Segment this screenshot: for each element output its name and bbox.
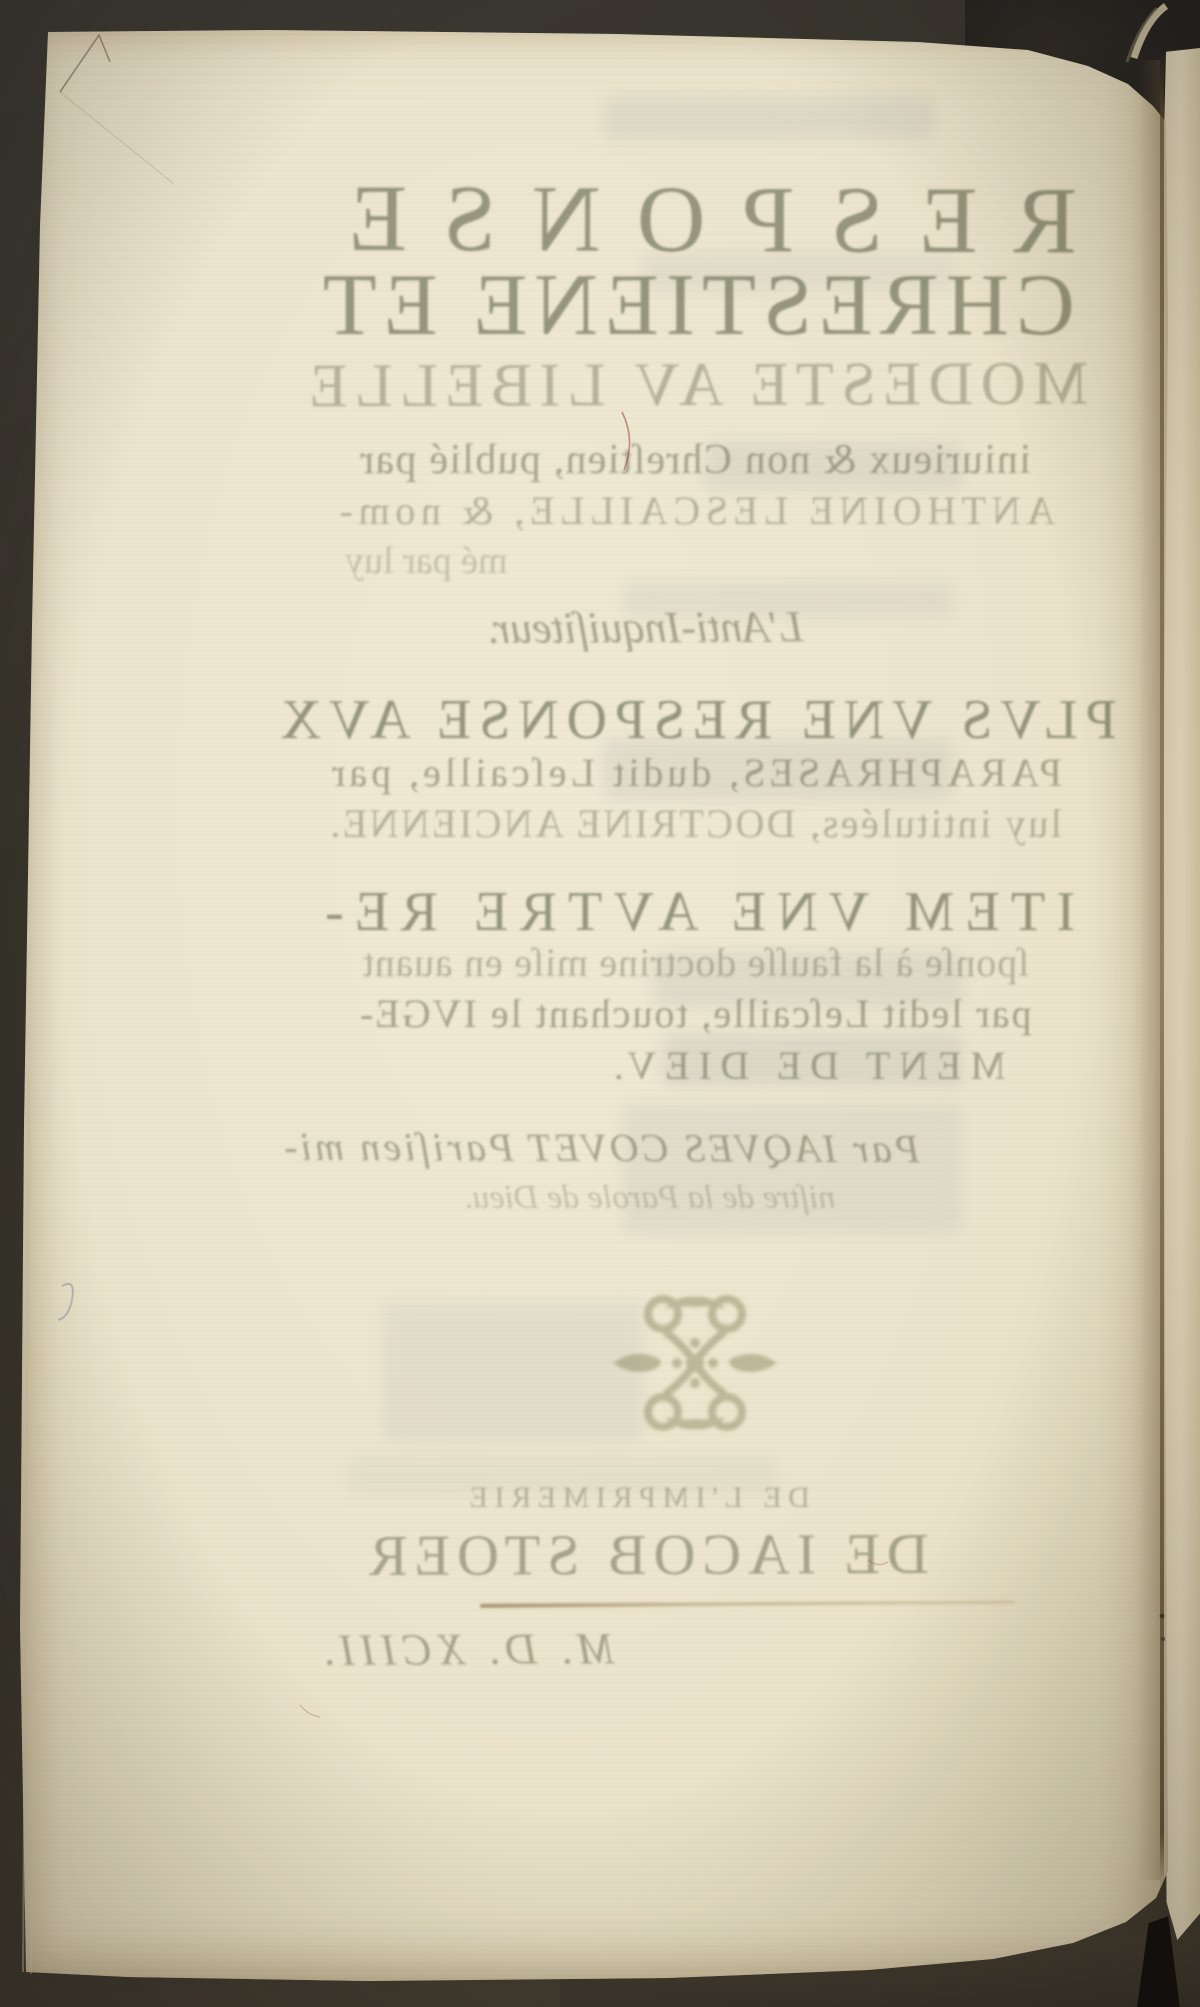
book-page: RESPONSE CHRESTIENE ET MODESTE AV LIBELL… bbox=[18, 26, 1170, 1982]
book-photograph: RESPONSE CHRESTIENE ET MODESTE AV LIBELL… bbox=[0, 0, 1200, 2007]
title-line: CHRESTIENE ET bbox=[185, 258, 1200, 353]
showthrough-smudge bbox=[383, 1302, 643, 1442]
title-line: ANTHOINE LESCAILLE, & nom- bbox=[185, 489, 1200, 532]
title-line: ITEM VNE AVTRE RE- bbox=[185, 882, 1200, 942]
printer-fleuron-ornament bbox=[607, 1285, 783, 1441]
title-line: MODESTE AV LIBELLE bbox=[185, 350, 1200, 421]
crease-rule-line bbox=[480, 1600, 1015, 1608]
imprint-date-line: M. D. XCIII. bbox=[0, 1623, 976, 1676]
showthrough-smudge bbox=[603, 96, 933, 140]
title-line: PLVS VNE RESPONSE AVX bbox=[185, 690, 1200, 750]
showthrough-smudge bbox=[623, 582, 953, 618]
title-line: ſponſe à la fauſſe doctrine miſe en auan… bbox=[185, 941, 1200, 984]
showthrough-smudge bbox=[348, 1456, 778, 1496]
showthrough-smudge bbox=[623, 1104, 963, 1234]
showthrough-smudge bbox=[643, 252, 953, 292]
title-line: par ledit Leſcaille, touchant le IVGE- bbox=[185, 992, 1200, 1035]
title-line: Par IAQVES COVET Pariſien mi- bbox=[90, 1124, 1110, 1171]
gutter-shadow bbox=[1138, 60, 1160, 1880]
title-line: luy intitulées, DOCTRINE ANCIENNE. bbox=[185, 802, 1200, 845]
imprint-line: DE L'IMPRIMERIE bbox=[126, 1482, 1146, 1514]
showthrough-smudge bbox=[703, 442, 963, 490]
showthrough-smudge bbox=[603, 738, 953, 800]
title-line: iniurieux & non Chreſtien, publié par bbox=[185, 438, 1200, 483]
title-line: niſtre de la Parole de Dieu. bbox=[140, 1180, 1160, 1217]
title-line: RESPONSE bbox=[185, 166, 1200, 272]
showthrough-text-layer: RESPONSE CHRESTIENE ET MODESTE AV LIBELL… bbox=[185, 26, 1200, 1982]
title-line: PARAPHRASES, dudit Leſcaille, par bbox=[185, 751, 1200, 794]
gutter-crease bbox=[1160, 52, 1164, 1890]
imprint-line: DE IACOB STOER bbox=[135, 1522, 1155, 1588]
showthrough-smudge bbox=[663, 1034, 963, 1086]
title-line: L'Anti-Inquiſiteur. bbox=[135, 601, 1155, 654]
title-line: mé par luy bbox=[185, 541, 1200, 582]
showthrough-smudge bbox=[653, 952, 963, 1008]
title-line: MENT DE DIEV. bbox=[185, 1044, 1200, 1087]
